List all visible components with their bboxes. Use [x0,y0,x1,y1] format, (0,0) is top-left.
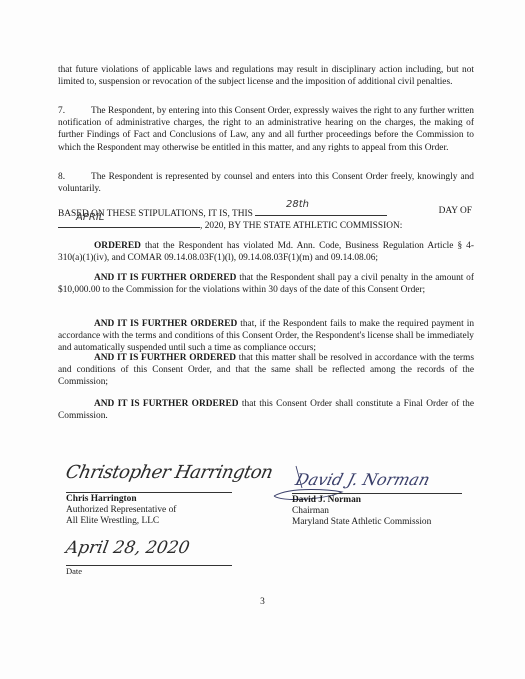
day-of-label: DAY OF [439,205,472,217]
paragraph-6-continued: that future violations of applicable law… [58,64,474,88]
signature-line [292,493,462,494]
paragraph-text: The Respondent, by entering into this Co… [58,106,474,153]
paragraph-number: 7. [58,105,91,117]
order-heading: AND IT IS FURTHER ORDERED [94,319,237,329]
signer-title: Authorized Representative of [66,505,176,516]
day-blank [255,205,387,216]
handwritten-signature: Christopher Harrington [64,462,275,483]
paragraph-number: 8. [58,171,91,183]
paragraph-text: that future violations of applicable law… [58,64,474,88]
paragraph-8: 8.The Respondent is represented by couns… [58,171,474,195]
order-1: ORDERED that the Respondent has violated… [58,240,474,264]
signature-line [66,492,232,493]
handwritten-month: APRIL [76,212,104,224]
date-label: Date [66,566,82,577]
stipulation-rest: , 2020, BY THE STATE ATHLETIC COMMISSION… [200,221,402,231]
order-3: AND IT IS FURTHER ORDERED that, if the R… [58,318,474,355]
order-heading: AND IT IS FURTHER ORDERED [94,399,239,409]
order-2: AND IT IS FURTHER ORDERED that the Respo… [58,272,474,296]
handwritten-day: 28th [286,199,309,211]
paragraph-text: The Respondent is represented by counsel… [58,172,474,194]
order-4: AND IT IS FURTHER ORDERED that this matt… [58,352,474,389]
order-heading: AND IT IS FURTHER ORDERED [94,353,236,363]
order-5: AND IT IS FURTHER ORDERED that this Cons… [58,398,474,422]
page-number: 3 [0,597,525,607]
signer-org: All Elite Wrestling, LLC [66,516,159,527]
document-page: that future violations of applicable law… [0,0,525,679]
order-heading: AND IT IS FURTHER ORDERED [94,273,236,283]
signer-name: Chris Harrington [66,494,137,505]
paragraph-7: 7.The Respondent, by entering into this … [58,105,474,154]
order-heading: ORDERED [94,241,141,251]
date-line [66,565,232,566]
signer-name: David J. Norman [292,495,361,506]
signer-org: Maryland State Athletic Commission [292,517,431,528]
handwritten-date: April 28, 2020 [64,538,191,558]
stipulation-clause: BASED ON THESE STIPULATIONS, IT IS, THIS… [58,205,474,229]
signer-title: Chairman [292,506,329,517]
